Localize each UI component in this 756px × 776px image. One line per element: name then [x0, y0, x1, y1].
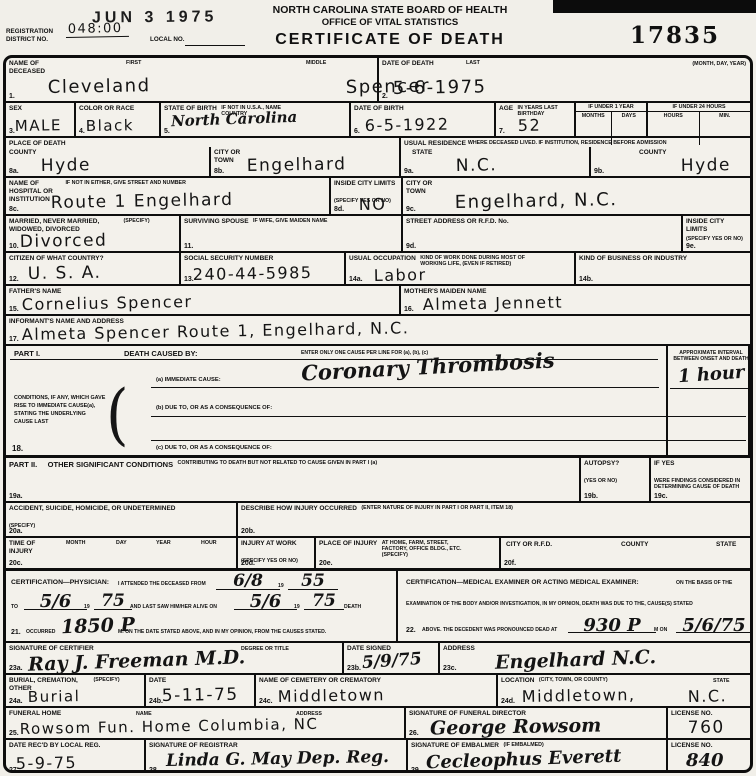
- field-hospital: NAME OF HOSPITAL OR INSTITUTION IF NOT I…: [6, 178, 331, 214]
- item-number: 23c.: [443, 665, 457, 672]
- age-value: 52: [518, 116, 542, 135]
- to-year-value: 75: [101, 591, 125, 611]
- city-or-rfd-label: CITY OR R.F.D.: [506, 541, 552, 549]
- row-parents: FATHER'S NAME 15. Cornelius Spencer MOTH…: [6, 286, 750, 316]
- item-number: 10.: [9, 243, 19, 250]
- field-residence-city: CITY OR TOWN 9c. Engelhard, N.C.: [403, 178, 750, 214]
- last-year-value: 75: [312, 591, 336, 611]
- first-name-value: Cleveland: [48, 75, 151, 98]
- pronounced-time-value: 930 P: [583, 615, 640, 636]
- residence-label: USUAL RESIDENCE: [404, 140, 466, 147]
- item-number: 4.: [79, 128, 85, 135]
- from-year-value: 55: [301, 571, 325, 591]
- item-number: 18.: [12, 444, 23, 453]
- degree-label: DEGREE OR TITLE: [241, 646, 289, 652]
- row-vitals: SEX 3. MALE COLOR OR RACE 4. Black STATE…: [6, 103, 750, 138]
- name-label: NAME OF DECEASED: [9, 60, 57, 76]
- field-date-of-birth: DATE OF BIRTH 6. 6-5-1922: [351, 103, 496, 136]
- dob-label: DATE OF BIRTH: [354, 105, 404, 113]
- field-funeral-director-signature: SIGNATURE OF FUNERAL DIRECTOR 26. George…: [406, 708, 668, 738]
- item-number: 25.: [9, 730, 19, 737]
- field-if-under-1-year: IF UNDER 1 YEAR MONTHS DAYS: [576, 103, 648, 136]
- field-occupation: USUAL OCCUPATION KIND OF WORK DONE DURIN…: [346, 253, 576, 284]
- due-to-b-label: (b) DUE TO, OR AS A CONSEQUENCE OF:: [156, 405, 272, 411]
- date-received-value: 5-9-75: [16, 753, 78, 773]
- group-place-of-death: PLACE OF DEATH COUNTY 8a. Hyde CITY OR T…: [6, 138, 401, 176]
- basis-label: ON THE BASIS OF THE: [676, 580, 732, 586]
- to-value: 5/6: [40, 591, 72, 612]
- brace-glyph: (: [106, 375, 129, 453]
- row-hospital: NAME OF HOSPITAL OR INSTITUTION IF NOT I…: [6, 178, 750, 216]
- attended-from-value: 6/8: [233, 571, 263, 591]
- inside-city-limits-label: INSIDE CITY LIMITS: [334, 180, 395, 188]
- death-label: DEATH: [344, 604, 361, 610]
- license-no-label: LICENSE NO.: [671, 742, 713, 750]
- race-value: Black: [86, 116, 134, 135]
- manner-label: ACCIDENT, SUICIDE, HOMICIDE, OR UNDETERM…: [9, 505, 175, 513]
- pronounced-date-blank: 5/6/75: [676, 615, 752, 633]
- registrar-signature: Linda G. May Dep. Reg.: [166, 747, 389, 771]
- autopsy-label: AUTOPSY?: [584, 460, 619, 468]
- item-number: 20e.: [319, 560, 333, 567]
- item-number: 11.: [184, 243, 193, 250]
- field-ssn: SOCIAL SECURITY NUMBER 13. 240-44-5985: [181, 253, 346, 284]
- certificate-form: NAME OF DECEASED FIRST MIDDLE LAST 1. Cl…: [3, 55, 753, 773]
- item-number: 19a.: [9, 493, 23, 500]
- item-number: 29.: [411, 767, 421, 773]
- field-signature-of-certifier: SIGNATURE OF CERTIFIER DEGREE OR TITLE 2…: [6, 643, 344, 673]
- to-blank: 5/6: [24, 591, 87, 610]
- row-certifier-signature: SIGNATURE OF CERTIFIER DEGREE OR TITLE 2…: [6, 643, 750, 675]
- field-city-of-death: CITY OR TOWN 8b. Engelhard: [211, 147, 399, 176]
- pronounced-time-blank: 930 P: [568, 615, 656, 633]
- residence-sublabel: WHERE DECEASED LIVED. IF INSTITUTION, RE…: [468, 140, 667, 146]
- item-number: 24d.: [501, 698, 515, 705]
- field-surviving-spouse: SURVIVING SPOUSE IF WIFE, GIVE MAIDEN NA…: [181, 216, 403, 251]
- item-number: 20a.: [9, 528, 23, 535]
- funeral-home-value: Rowsom Fun. Home Columbia, NC: [20, 715, 319, 738]
- place-of-injury-sublabel: AT HOME, FARM, STREET, FACTORY, OFFICE B…: [382, 540, 462, 558]
- due-to-c-label: (c) DUE TO, OR AS A CONSEQUENCE OF:: [156, 445, 272, 451]
- item-number: 23b.: [347, 665, 361, 672]
- field-residence-state: STATE 9a. N.C.: [401, 147, 591, 176]
- ssn-label: SOCIAL SECURITY NUMBER: [184, 255, 273, 263]
- field-date-received: DATE REC'D BY LOCAL REG. 27. 5-9-75: [6, 740, 146, 773]
- item-number: 6.: [354, 128, 360, 135]
- m-on-label: M ON: [654, 627, 667, 633]
- address-label: ADDRESS: [443, 645, 475, 653]
- marital-sublabel: (SPECIFY): [123, 218, 149, 224]
- item-number: 17.: [9, 336, 19, 343]
- part2-label: OTHER SIGNIFICANT CONDITIONS: [48, 460, 173, 469]
- county-value: Hyde: [681, 155, 731, 176]
- attended-from-blank: 6/8: [216, 571, 280, 590]
- findings-sublabel: WERE FINDINGS CONSIDERED IN DETERMINING …: [654, 478, 744, 490]
- attended-from-label: I ATTENDED THE DECEASED FROM: [118, 581, 206, 587]
- mother-value: Almeta Jennett: [423, 293, 564, 314]
- registrar-label: SIGNATURE OF REGISTRAR: [149, 742, 238, 750]
- item-number: 8d.: [334, 206, 344, 213]
- item-number: 5.: [164, 128, 170, 135]
- dod-value: 5-6-1975: [393, 76, 487, 99]
- field-cemetery-location: LOCATION (CITY, TOWN, OR COUNTY) STATE 2…: [498, 675, 750, 706]
- location-label: LOCATION: [501, 677, 534, 685]
- item-number: 9b.: [594, 168, 604, 175]
- how-injury-sublabel: (ENTER NATURE OF INJURY IN PART I OR PAR…: [361, 505, 513, 511]
- item-number: 23a.: [9, 665, 23, 672]
- funeral-home-label: FUNERAL HOME: [9, 710, 61, 718]
- row-name: NAME OF DECEASED FIRST MIDDLE LAST 1. Cl…: [6, 58, 750, 103]
- year-sublabel: YEAR: [156, 540, 171, 546]
- certificate-number: 17835: [630, 22, 720, 49]
- field-informant: INFORMANT'S NAME AND ADDRESS 17. Almeta …: [6, 316, 750, 344]
- state-sublabel: STATE: [713, 678, 730, 684]
- under-24-hours-label: IF UNDER 24 HOURS: [648, 103, 750, 112]
- field-date-of-death: DATE OF DEATH (MONTH, DAY, YEAR) 2. 5-6-…: [379, 58, 750, 101]
- under-1-year-label: IF UNDER 1 YEAR: [576, 103, 646, 112]
- item-number: 24a.: [9, 698, 23, 705]
- item-number: 8a.: [9, 168, 19, 175]
- cemetery-value: Middletown: [278, 685, 385, 706]
- first-sublabel: FIRST: [126, 60, 141, 66]
- race-label: COLOR OR RACE: [79, 105, 134, 113]
- item-number: 9c.: [406, 206, 416, 213]
- year-prefix: 19: [84, 604, 90, 610]
- part2-sublabel: CONTRIBUTING TO DEATH BUT NOT RELATED TO…: [178, 460, 378, 466]
- date-signed-value: 5/9/75: [361, 649, 422, 673]
- local-no-label: LOCAL NO.: [150, 36, 185, 43]
- field-burial-date: DATE 24b. 5-11-75: [146, 675, 256, 706]
- office-name: OFFICE OF VITAL STATISTICS: [235, 17, 545, 28]
- death-certificate-scan: JUN 3 1975 REGISTRATION DISTRICT NO. 048…: [0, 0, 756, 776]
- field-other-conditions: PART II. OTHER SIGNIFICANT CONDITIONS CO…: [6, 458, 581, 501]
- occupation-sublabel: KIND OF WORK DONE DURING MOST OF WORKING…: [420, 255, 530, 267]
- field-residence-county: COUNTY 9b. Hyde: [591, 147, 750, 176]
- birth-state-value: North Carolina: [171, 108, 298, 130]
- street-label: STREET ADDRESS OR R.F.D. No.: [406, 218, 509, 226]
- conditions-note: CONDITIONS, IF ANY, WHICH GAVE RISE TO I…: [14, 394, 106, 426]
- cert-physician-title: CERTIFICATION—PHYSICIAN:: [11, 579, 109, 587]
- burial-date-value: 5-11-75: [162, 685, 239, 706]
- field-if-under-24-hours: IF UNDER 24 HOURS HOURS MIN.: [648, 103, 750, 136]
- place-of-injury-label: PLACE OF INJURY: [319, 540, 377, 548]
- part1-main: PART I. DEATH CAUSED BY: ENTER ONLY ONE …: [6, 346, 750, 455]
- pronounced-label: ABOVE. THE DECEDENT WAS PRONOUNCED DEAD …: [422, 627, 557, 633]
- item-number: 7.: [499, 128, 505, 135]
- disposition-sublabel: (SPECIFY): [93, 677, 119, 683]
- interval-label: APPROXIMATE INTERVAL BETWEEN ONSET AND D…: [672, 350, 750, 362]
- dob-value: 6-5-1922: [365, 115, 450, 135]
- field-date-signed: DATE SIGNED 23b. 5/9/75: [344, 643, 440, 673]
- field-county-of-death: COUNTY 8a. Hyde: [6, 147, 211, 176]
- state-label: STATE: [716, 541, 736, 549]
- row-place-residence: PLACE OF DEATH COUNTY 8a. Hyde CITY OR T…: [6, 138, 750, 178]
- item-number: 22.: [406, 627, 416, 640]
- row-funeral-home: FUNERAL HOME NAME ADDRESS 25. Rowsom Fun…: [6, 708, 750, 740]
- interval-value: 1 hour: [677, 362, 745, 388]
- burial-date-label: DATE: [149, 677, 166, 685]
- item-number: 14a.: [349, 276, 363, 283]
- from-year-blank: 55: [288, 571, 338, 590]
- spouse-label: SURVIVING SPOUSE: [184, 218, 249, 226]
- date-received-label: DATE REC'D BY LOCAL REG.: [9, 742, 100, 750]
- item-number: 16.: [404, 306, 414, 313]
- field-street-address: STREET ADDRESS OR R.F.D. No. 9d.: [403, 216, 683, 251]
- field-time-of-injury: TIME OF INJURY MONTH DAY YEAR HOUR 20c.: [6, 538, 238, 568]
- cemetery-label: NAME OF CEMETERY OR CREMATORY: [259, 677, 381, 685]
- name-sublabel: NAME: [136, 711, 152, 717]
- last-year-blank: 75: [304, 591, 344, 610]
- item-number: 20b.: [241, 528, 255, 535]
- row-injury-details: TIME OF INJURY MONTH DAY YEAR HOUR 20c. …: [6, 538, 750, 570]
- item-number: 15.: [9, 306, 19, 313]
- field-disposition: BURIAL, CREMATION, OTHER (SPECIFY) 24a. …: [6, 675, 146, 706]
- hospital-sublabel: IF NOT IN EITHER, GIVE STREET AND NUMBER: [65, 180, 185, 186]
- part1-title: PART I.: [14, 349, 40, 358]
- usual-residence-header: USUAL RESIDENCE WHERE DECEASED LIVED. IF…: [401, 138, 750, 147]
- state-value: N.C.: [456, 155, 498, 176]
- how-injury-label: DESCRIBE HOW INJURY OCCURRED: [241, 505, 357, 513]
- item-number: 8c.: [9, 206, 19, 213]
- license-no-value: 760: [688, 717, 725, 738]
- row-citizen: CITIZEN OF WHAT COUNTRY? 12. U. S. A. SO…: [6, 253, 750, 286]
- part1-caused-by: DEATH CAUSED BY:: [124, 349, 197, 358]
- field-mother-name: MOTHER'S MAIDEN NAME 16. Almeta Jennett: [401, 286, 750, 314]
- autopsy-sublabel: (YES OR NO): [584, 478, 617, 484]
- item-number: 9a.: [404, 168, 414, 175]
- registration-district-label: REGISTRATION DISTRICT NO.: [6, 28, 64, 44]
- field-certification-examiner: CERTIFICATION—MEDICAL EXAMINER OR ACTING…: [398, 571, 750, 641]
- row-certification: CERTIFICATION—PHYSICIAN: I ATTENDED THE …: [6, 570, 750, 643]
- occupation-value: Labor: [374, 265, 427, 285]
- county-label: COUNTY: [621, 541, 648, 549]
- issuing-agency: NORTH CAROLINA STATE BOARD OF HEALTH OFF…: [235, 4, 545, 49]
- interval-divider: [666, 346, 668, 458]
- item-number: 14b.: [579, 276, 593, 283]
- citizen-value: U. S. A.: [28, 263, 102, 284]
- item-number: 20f.: [504, 560, 516, 567]
- disposition-value: Burial: [28, 687, 81, 706]
- county-label: COUNTY: [639, 149, 666, 157]
- item-number: 20d.: [241, 560, 255, 567]
- field-embalmer-signature: SIGNATURE OF EMBALMER (IF EMBALMED) 29. …: [408, 740, 668, 773]
- item-number: 9e.: [686, 243, 696, 250]
- last-saw-blank: 5/6: [234, 591, 297, 610]
- location-sublabel: (CITY, TOWN, OR COUNTY): [539, 677, 608, 683]
- page-title: CERTIFICATE OF DEATH: [235, 31, 545, 49]
- last-saw-value: 5/6: [250, 591, 282, 612]
- dod-sublabel: (MONTH, DAY, YEAR): [692, 61, 746, 67]
- city-label: CITY OR TOWN: [406, 180, 436, 196]
- field-marital-status: MARRIED, NEVER MARRIED, WIDOWED, DIVORCE…: [6, 216, 181, 251]
- item-number: 26.: [409, 730, 419, 737]
- field-certification-physician: CERTIFICATION—PHYSICIAN: I ATTENDED THE …: [6, 571, 398, 641]
- item-number: 12.: [9, 276, 19, 283]
- embalmer-license-value: 840: [686, 750, 724, 771]
- marital-value: Divorced: [20, 230, 108, 252]
- item-number: 28.: [149, 767, 159, 773]
- industry-label: KIND OF BUSINESS OR INDUSTRY: [579, 255, 687, 263]
- item-number: 1.: [9, 93, 15, 100]
- item-number: 19c.: [654, 493, 668, 500]
- cert-examiner-title: CERTIFICATION—MEDICAL EXAMINER OR ACTING…: [406, 579, 639, 587]
- item-number: 8b.: [214, 168, 224, 175]
- field-name-of-deceased: NAME OF DECEASED FIRST MIDDLE LAST 1. Cl…: [6, 58, 379, 101]
- county-label: COUNTY: [9, 149, 36, 157]
- section-part1: PART I. DEATH CAUSED BY: ENTER ONLY ONE …: [6, 346, 750, 458]
- registration-district-value: 048:00: [66, 21, 129, 38]
- item-number: 21.: [11, 629, 21, 640]
- county-value: Hyde: [41, 155, 91, 176]
- field-how-injury-occurred: DESCRIBE HOW INJURY OCCURRED (ENTER NATU…: [238, 503, 750, 536]
- to-label: TO: [11, 604, 18, 610]
- field-manner-of-death: ACCIDENT, SUICIDE, HOMICIDE, OR UNDETERM…: [6, 503, 238, 536]
- scan-black-bar: [553, 0, 756, 13]
- examiner-body-label: EXAMINATION OF THE BODY AND/OR INVESTIGA…: [406, 601, 746, 607]
- field-race: COLOR OR RACE 4. Black: [76, 103, 161, 136]
- day-sublabel: DAY: [116, 540, 127, 546]
- field-state-of-birth: STATE OF BIRTH IF NOT IN U.S.A., NAME CO…: [161, 103, 351, 136]
- field-director-license: LICENSE NO. 760: [668, 708, 750, 738]
- field-embalmer-license: LICENSE NO. 840: [668, 740, 750, 773]
- field-injury-location: CITY OR R.F.D. COUNTY STATE 20f.: [501, 538, 750, 568]
- item-number: 19b.: [584, 493, 598, 500]
- time-of-injury-label: TIME OF INJURY: [9, 540, 49, 556]
- occupation-label: USUAL OCCUPATION: [349, 255, 416, 263]
- inside-city-limits-sublabel: (SPECIFY YES OR NO): [686, 236, 743, 242]
- city-value: Engelhard: [247, 154, 347, 176]
- section-part2: PART II. OTHER SIGNIFICANT CONDITIONS CO…: [6, 458, 750, 503]
- group-usual-residence: USUAL RESIDENCE WHERE DECEASED LIVED. IF…: [401, 138, 750, 176]
- item-number: 24c.: [259, 698, 273, 705]
- month-sublabel: MONTH: [66, 540, 85, 546]
- injury-at-work-label: INJURY AT WORK: [241, 540, 297, 548]
- field-place-of-injury: PLACE OF INJURY AT HOME, FARM, STREET, F…: [316, 538, 501, 568]
- item-number: 9d.: [406, 243, 416, 250]
- pronounced-date-value: 5/6/75: [682, 615, 745, 636]
- field-citizen: CITIZEN OF WHAT COUNTRY? 12. U. S. A.: [6, 253, 181, 284]
- location-value: Middletown,: [522, 685, 636, 706]
- field-father-name: FATHER'S NAME 15. Cornelius Spencer: [6, 286, 401, 314]
- immediate-cause-label: (a) IMMEDIATE CAUSE:: [156, 377, 221, 383]
- address-value: Engelhard N.C.: [495, 646, 657, 674]
- state-label: STATE: [412, 149, 432, 157]
- to-year-blank: 75: [94, 591, 132, 610]
- embalmer-label: SIGNATURE OF EMBALMER: [411, 742, 499, 750]
- row-marital: MARRIED, NEVER MARRIED, WIDOWED, DIVORCE…: [6, 216, 750, 253]
- hospital-value: Route 1 Engelhard: [51, 190, 234, 213]
- hour-sublabel: HOUR: [201, 540, 217, 546]
- city-value: Engelhard, N.C.: [455, 189, 618, 213]
- citizen-label: CITIZEN OF WHAT COUNTRY?: [9, 255, 104, 263]
- dod-label: DATE OF DEATH: [382, 60, 434, 68]
- row-accident: ACCIDENT, SUICIDE, HOMICIDE, OR UNDETERM…: [6, 503, 750, 538]
- item-number: 2.: [382, 93, 388, 100]
- field-cemetery: NAME OF CEMETERY OR CREMATORY 24c. Middl…: [256, 675, 498, 706]
- funeral-director-signature: George Rowsom: [430, 715, 602, 740]
- place-of-death-header: PLACE OF DEATH: [6, 138, 399, 147]
- year-prefix: 19: [294, 604, 300, 610]
- inside-city-limits-label: INSIDE CITY LIMITS: [686, 218, 747, 234]
- field-funeral-home: FUNERAL HOME NAME ADDRESS 25. Rowsom Fun…: [6, 708, 406, 738]
- board-name: NORTH CAROLINA STATE BOARD OF HEALTH: [235, 4, 545, 16]
- field-autopsy-findings: IF YES WERE FINDINGS CONSIDERED IN DETER…: [651, 458, 750, 501]
- row-informant: INFORMANT'S NAME AND ADDRESS 17. Almeta …: [6, 316, 750, 346]
- item-number: 20c.: [9, 560, 23, 567]
- embalmer-sublabel: (IF EMBALMED): [503, 742, 543, 748]
- age-label: AGE: [499, 105, 513, 113]
- field-age: AGE IN YEARS LAST BIRTHDAY 7. 52: [496, 103, 576, 136]
- field-autopsy: AUTOPSY? (YES OR NO) 19b.: [581, 458, 651, 501]
- year-prefix: 19: [278, 583, 284, 589]
- part2-title: PART II.: [9, 460, 37, 469]
- field-sex: SEX 3. MALE: [6, 103, 76, 136]
- ssn-value: 240-44-5985: [193, 263, 313, 284]
- field-inside-city-limits-9e: INSIDE CITY LIMITS (SPECIFY YES OR NO) 9…: [683, 216, 750, 251]
- row-burial: BURIAL, CREMATION, OTHER (SPECIFY) 24a. …: [6, 675, 750, 708]
- middle-sublabel: MIDDLE: [306, 60, 326, 66]
- field-certifier-address: ADDRESS 23c. Engelhard N.C.: [440, 643, 750, 673]
- sex-value: MALE: [15, 116, 62, 135]
- field-injury-at-work: INJURY AT WORK (SPECIFY YES OR NO) 20d.: [238, 538, 316, 568]
- occurred-label: OCCURRED: [26, 629, 55, 635]
- field-inside-city-limits-8d: INSIDE CITY LIMITS (SPECIFY YES OR NO) 8…: [331, 178, 403, 214]
- findings-label: IF YES: [654, 460, 674, 468]
- field-industry: KIND OF BUSINESS OR INDUSTRY 14b.: [576, 253, 750, 284]
- location-state-value: N.C.: [688, 686, 728, 706]
- license-no-label: LICENSE NO.: [671, 710, 713, 718]
- last-saw-label: AND LAST SAW HIM/HER ALIVE ON: [130, 604, 217, 610]
- occurred-rest-label: M. ON THE DATE STATED ABOVE, AND IN MY O…: [118, 629, 388, 635]
- spouse-sublabel: IF WIFE, GIVE MAIDEN NAME: [253, 218, 327, 224]
- row-registrar: DATE REC'D BY LOCAL REG. 27. 5-9-75 SIGN…: [6, 740, 750, 773]
- certificate-header: JUN 3 1975 REGISTRATION DISTRICT NO. 048…: [0, 0, 756, 55]
- inside-city-limits-value: NO: [359, 195, 387, 214]
- father-value: Cornelius Spencer: [22, 292, 193, 314]
- city-label: CITY OR TOWN: [214, 149, 244, 165]
- field-registrar-signature: SIGNATURE OF REGISTRAR 28. Linda G. May …: [146, 740, 408, 773]
- sex-label: SEX: [9, 105, 22, 113]
